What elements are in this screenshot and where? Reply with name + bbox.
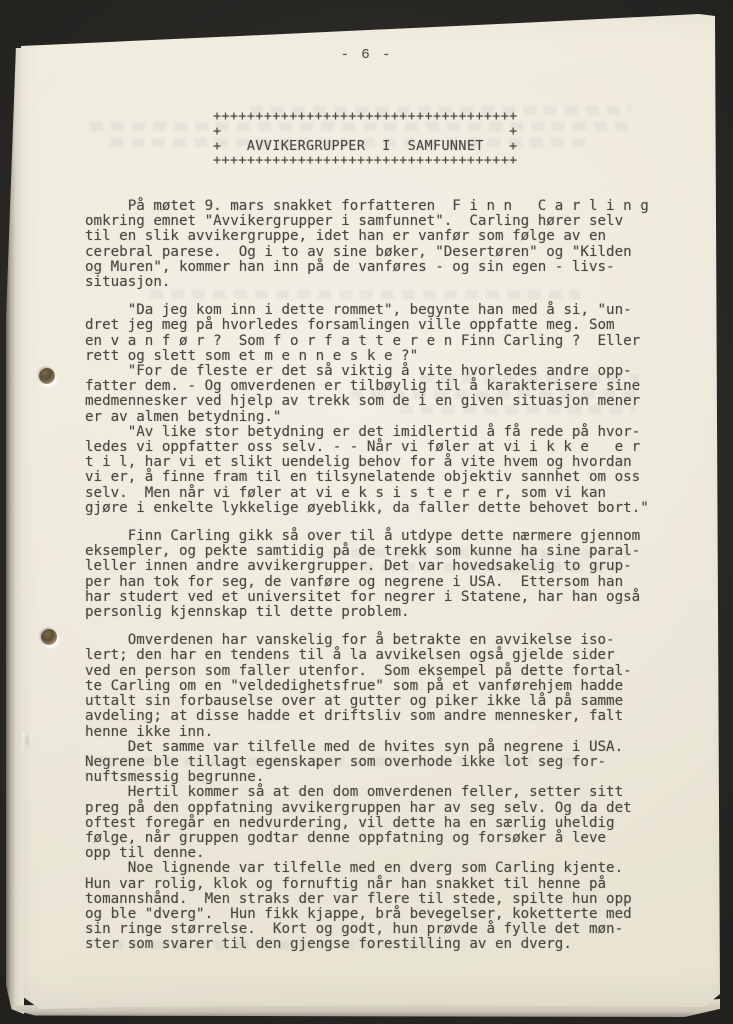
paragraph-4: "Av like stor betydning er det imidlerti… <box>85 425 649 516</box>
paragraph-6: Omverdenen har vanskelig for å betrakte … <box>85 633 649 739</box>
scanned-document-photo: { "colors": { "background": "#2b2a27", "… <box>0 0 733 1024</box>
page-number: - 6 - <box>0 47 733 63</box>
paragraph-7: Det samme var tilfelle med de hvites syn… <box>85 740 649 786</box>
paragraph-2: "Da jeg kom inn i dette rommet", begynte… <box>85 303 649 364</box>
paragraph-5: Finn Carling gikk så over til å utdype d… <box>85 529 649 620</box>
punch-hole <box>41 629 57 645</box>
paper-sheet: - 6 - ++++++++++++++++++++++++++++++++++… <box>0 0 733 1024</box>
punch-hole <box>39 368 55 384</box>
typewritten-text: På møtet 9. mars snakket forfatteren F i… <box>85 199 649 953</box>
paragraph-1: På møtet 9. mars snakket forfatteren F i… <box>85 199 649 290</box>
paragraph-3: "For de fleste er det så viktig å vite h… <box>85 364 649 425</box>
paragraph-8: Hertil kommer så at den dom omverdenen f… <box>85 785 649 861</box>
paragraph-9: Noe lignende var tilfelle med en dverg s… <box>85 861 649 952</box>
page-stack-edge-left <box>6 48 24 1014</box>
title-box: ++++++++++++++++++++++++++++++++++++ + +… <box>213 110 518 169</box>
